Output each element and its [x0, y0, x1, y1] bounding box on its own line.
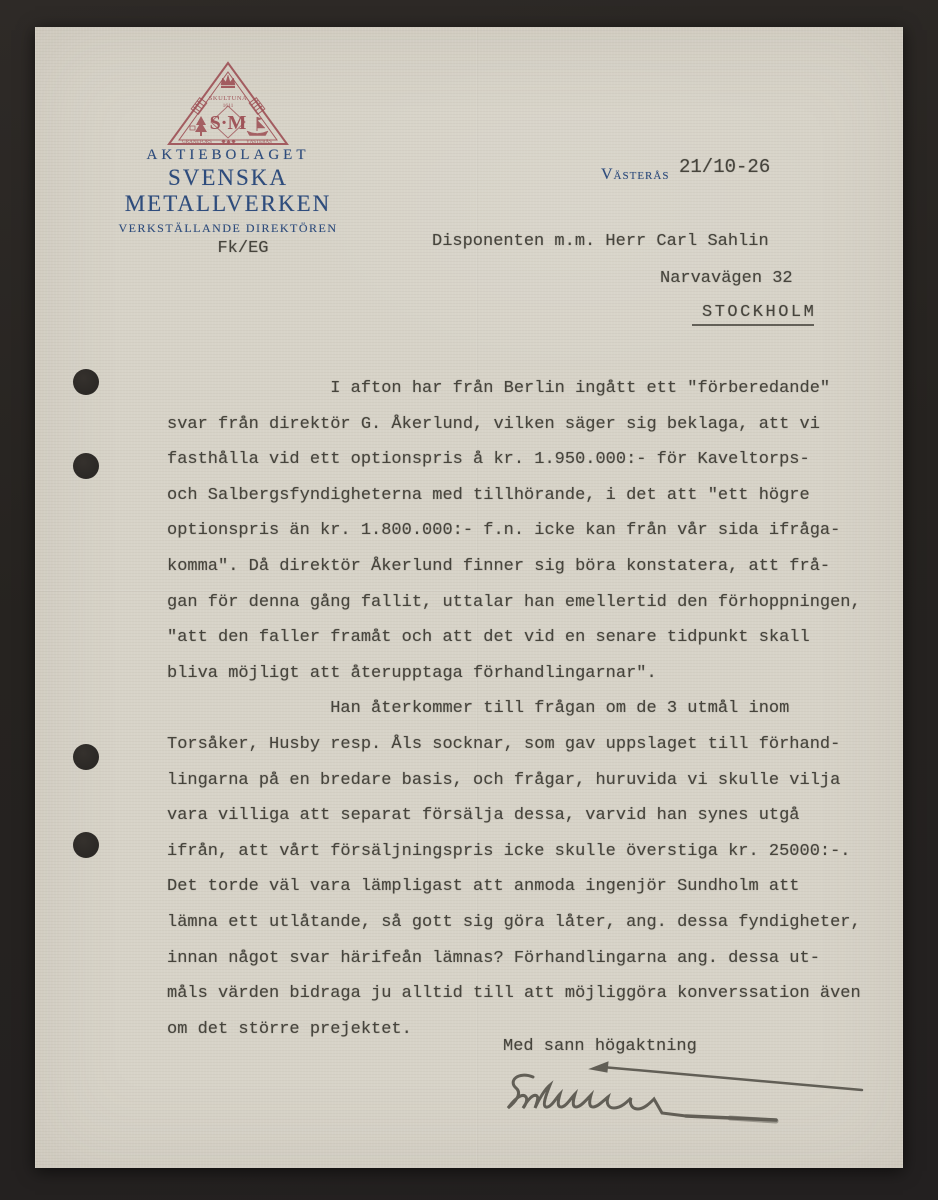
recipient-street: Narvavägen 32: [660, 269, 793, 288]
company-logo-icon: SKULTUNA 1611 S·M GRANEFO: [165, 60, 291, 150]
punch-hole: [73, 744, 99, 770]
reference-code: Fk/EG: [68, 239, 388, 258]
punch-hole: [73, 453, 99, 479]
letter-body: I afton har från Berlin ingått ett "förb…: [167, 371, 861, 1047]
logo-right-label: VÄSTERÅS: [246, 139, 272, 145]
company-name: SVENSKA METALLVERKEN: [68, 165, 388, 217]
recipient-city: STOCKHOLM: [702, 303, 816, 322]
department-line: VERKSTÄLLANDE DIREKTÖREN: [68, 221, 388, 236]
dateline-date: 21/10-26: [679, 156, 770, 178]
logo-ship-icon: [247, 117, 268, 136]
punch-hole: [73, 369, 99, 395]
logo-monogram: S·M: [210, 112, 247, 134]
dateline-place: Västerås: [601, 166, 669, 184]
logo-arc-text: SKULTUNA: [209, 95, 247, 102]
letterhead: AKTIEBOLAGET SVENSKA METALLVERKEN VERKST…: [68, 147, 388, 258]
recipient-city-underline: [692, 324, 814, 326]
handwritten-signature: [490, 1053, 920, 1133]
logo-left-label: GRANEFORS: [182, 140, 212, 145]
company-prefix: AKTIEBOLAGET: [68, 147, 388, 164]
punch-hole: [73, 832, 99, 858]
letter-page: SKULTUNA 1611 S·M GRANEFO: [35, 27, 903, 1168]
recipient-name: Disponenten m.m. Herr Carl Sahlin: [432, 232, 769, 251]
logo-tree-icon: [190, 116, 207, 136]
